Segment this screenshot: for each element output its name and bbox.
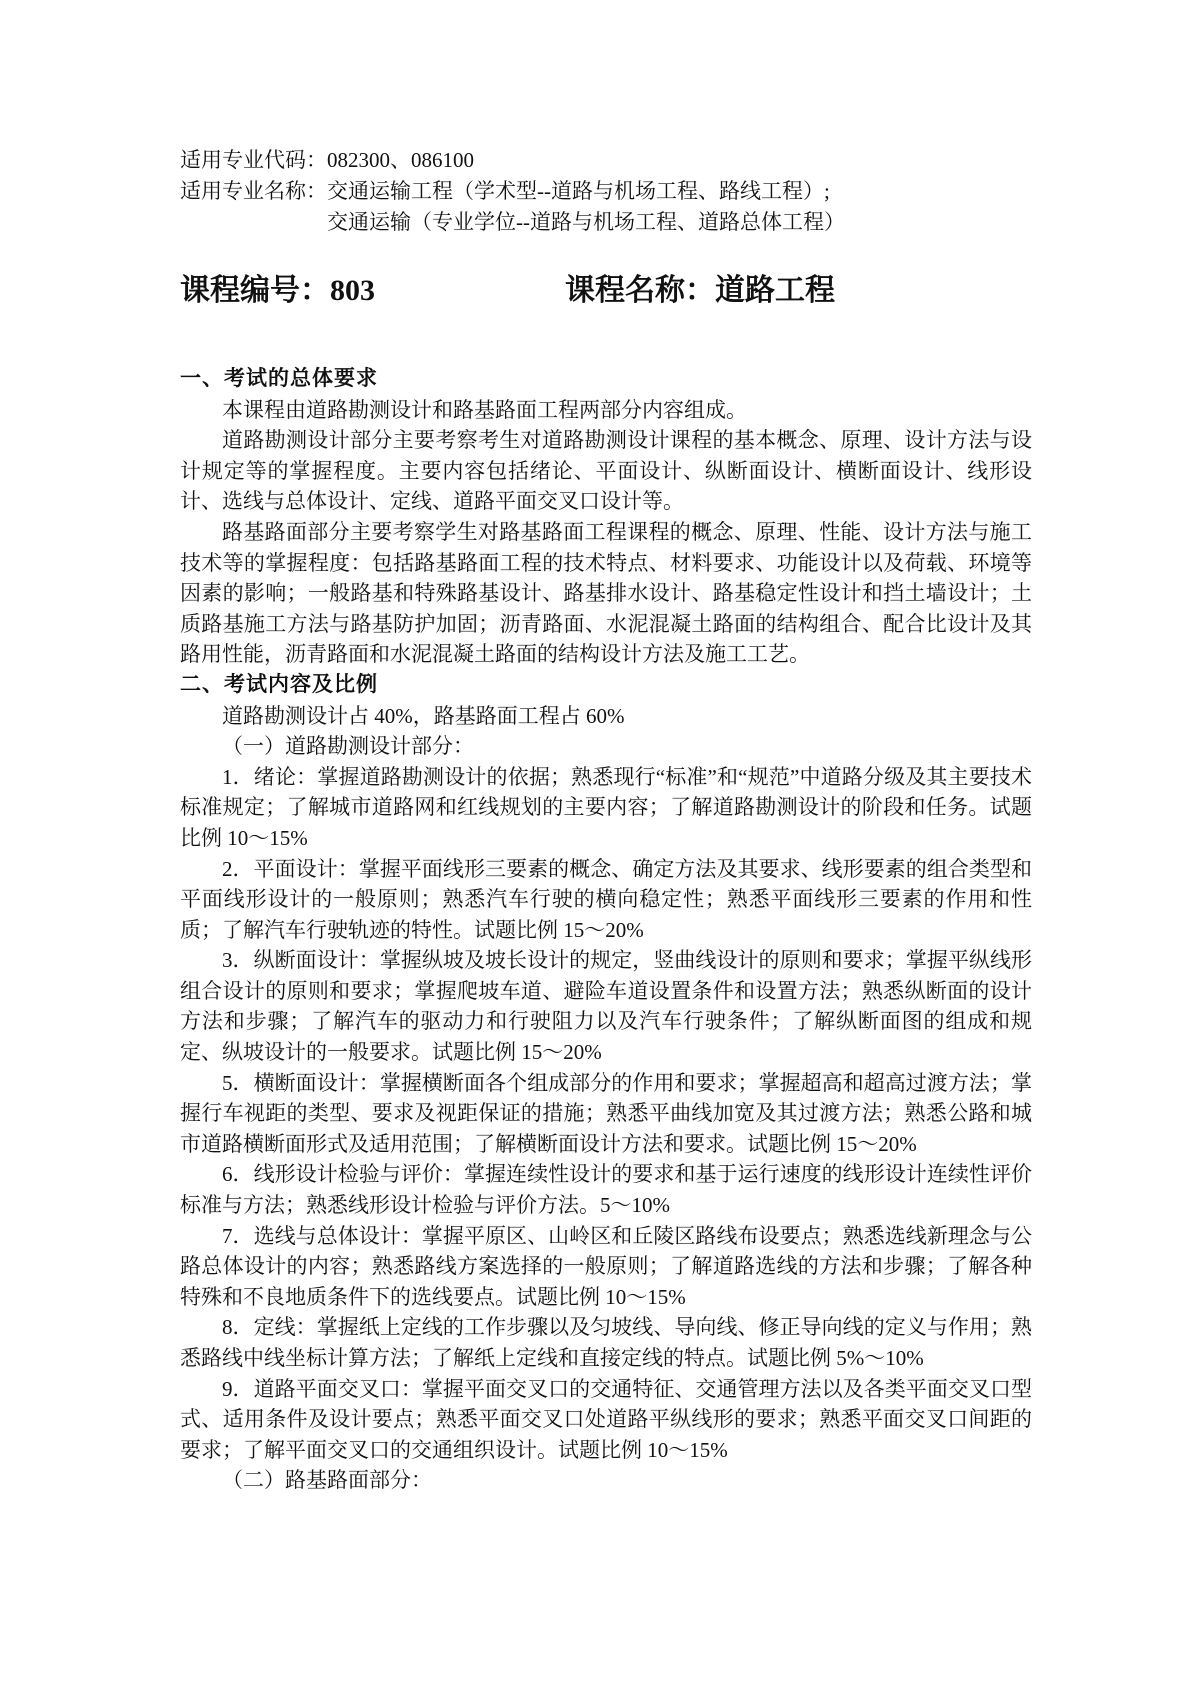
section1-paragraph-2: 道路勘测设计部分主要考察考生对道路勘测设计课程的基本概念、原理、设计方法与设计规… <box>180 425 1032 517</box>
major-code-line: 适用专业代码：082300、086100 <box>180 145 1032 176</box>
document-page: 适用专业代码：082300、086100 适用专业名称：交通运输工程（学术型--… <box>0 0 1190 1683</box>
major-name-continuation-line: 交通运输（专业学位--道路与机场工程、道路总体工程） <box>180 207 1032 238</box>
syllabus-item-1: 1．绪论：掌握道路勘测设计的依据；熟悉现行“标准”和“规范”中道路分级及其主要技… <box>180 762 1032 854</box>
section1-paragraph-1: 本课程由道路勘测设计和路基路面工程两部分内容组成。 <box>180 395 1032 426</box>
syllabus-item-8: 8．定线：掌握纸上定线的工作步骤以及匀坡线、导向线、修正导向线的定义与作用；熟悉… <box>180 1312 1032 1373</box>
part2-heading: （二）路基路面部分： <box>180 1465 1032 1496</box>
syllabus-item-6: 6．线形设计检验与评价：掌握连续性设计的要求和基于运行速度的线形设计连续性评价标… <box>180 1159 1032 1220</box>
course-code-title: 课程编号：803 <box>180 274 375 307</box>
syllabus-item-3: 3．纵断面设计：掌握纵坡及坡长设计的规定，竖曲线设计的原则和要求；掌握平纵线形组… <box>180 945 1032 1067</box>
syllabus-item-2: 2．平面设计：掌握平面线形三要素的概念、确定方法及其要求、线形要素的组合类型和平… <box>180 854 1032 946</box>
section1-heading: 一、考试的总体要求 <box>180 364 1032 395</box>
course-title-line: 课程编号：803课程名称：道路工程 <box>180 268 1032 314</box>
syllabus-item-9: 9．道路平面交叉口：掌握平面交叉口的交通特征、交通管理方法以及各类平面交叉口型式… <box>180 1374 1032 1466</box>
syllabus-item-5: 5．横断面设计：掌握横断面各个组成部分的作用和要求；掌握超高和超高过渡方法；掌握… <box>180 1068 1032 1160</box>
major-name-line: 适用专业名称：交通运输工程（学术型--道路与机场工程、路线工程）; <box>180 176 1032 207</box>
course-name-title: 课程名称：道路工程 <box>565 274 835 307</box>
section1-paragraph-3: 路基路面部分主要考察学生对路基路面工程课程的概念、原理、性能、设计方法与施工技术… <box>180 517 1032 670</box>
part1-heading: （一）道路勘测设计部分： <box>180 731 1032 762</box>
document-body: 一、考试的总体要求 本课程由道路勘测设计和路基路面工程两部分内容组成。 道路勘测… <box>180 364 1032 1496</box>
applicable-major-block: 适用专业代码：082300、086100 适用专业名称：交通运输工程（学术型--… <box>180 145 1032 238</box>
syllabus-item-7: 7．选线与总体设计：掌握平原区、山岭区和丘陵区路线布设要点；熟悉选线新理念与公路… <box>180 1221 1032 1313</box>
exam-ratio-line: 道路勘测设计占 40%，路基路面工程占 60% <box>180 701 1032 732</box>
section2-heading: 二、考试内容及比例 <box>180 670 1032 701</box>
